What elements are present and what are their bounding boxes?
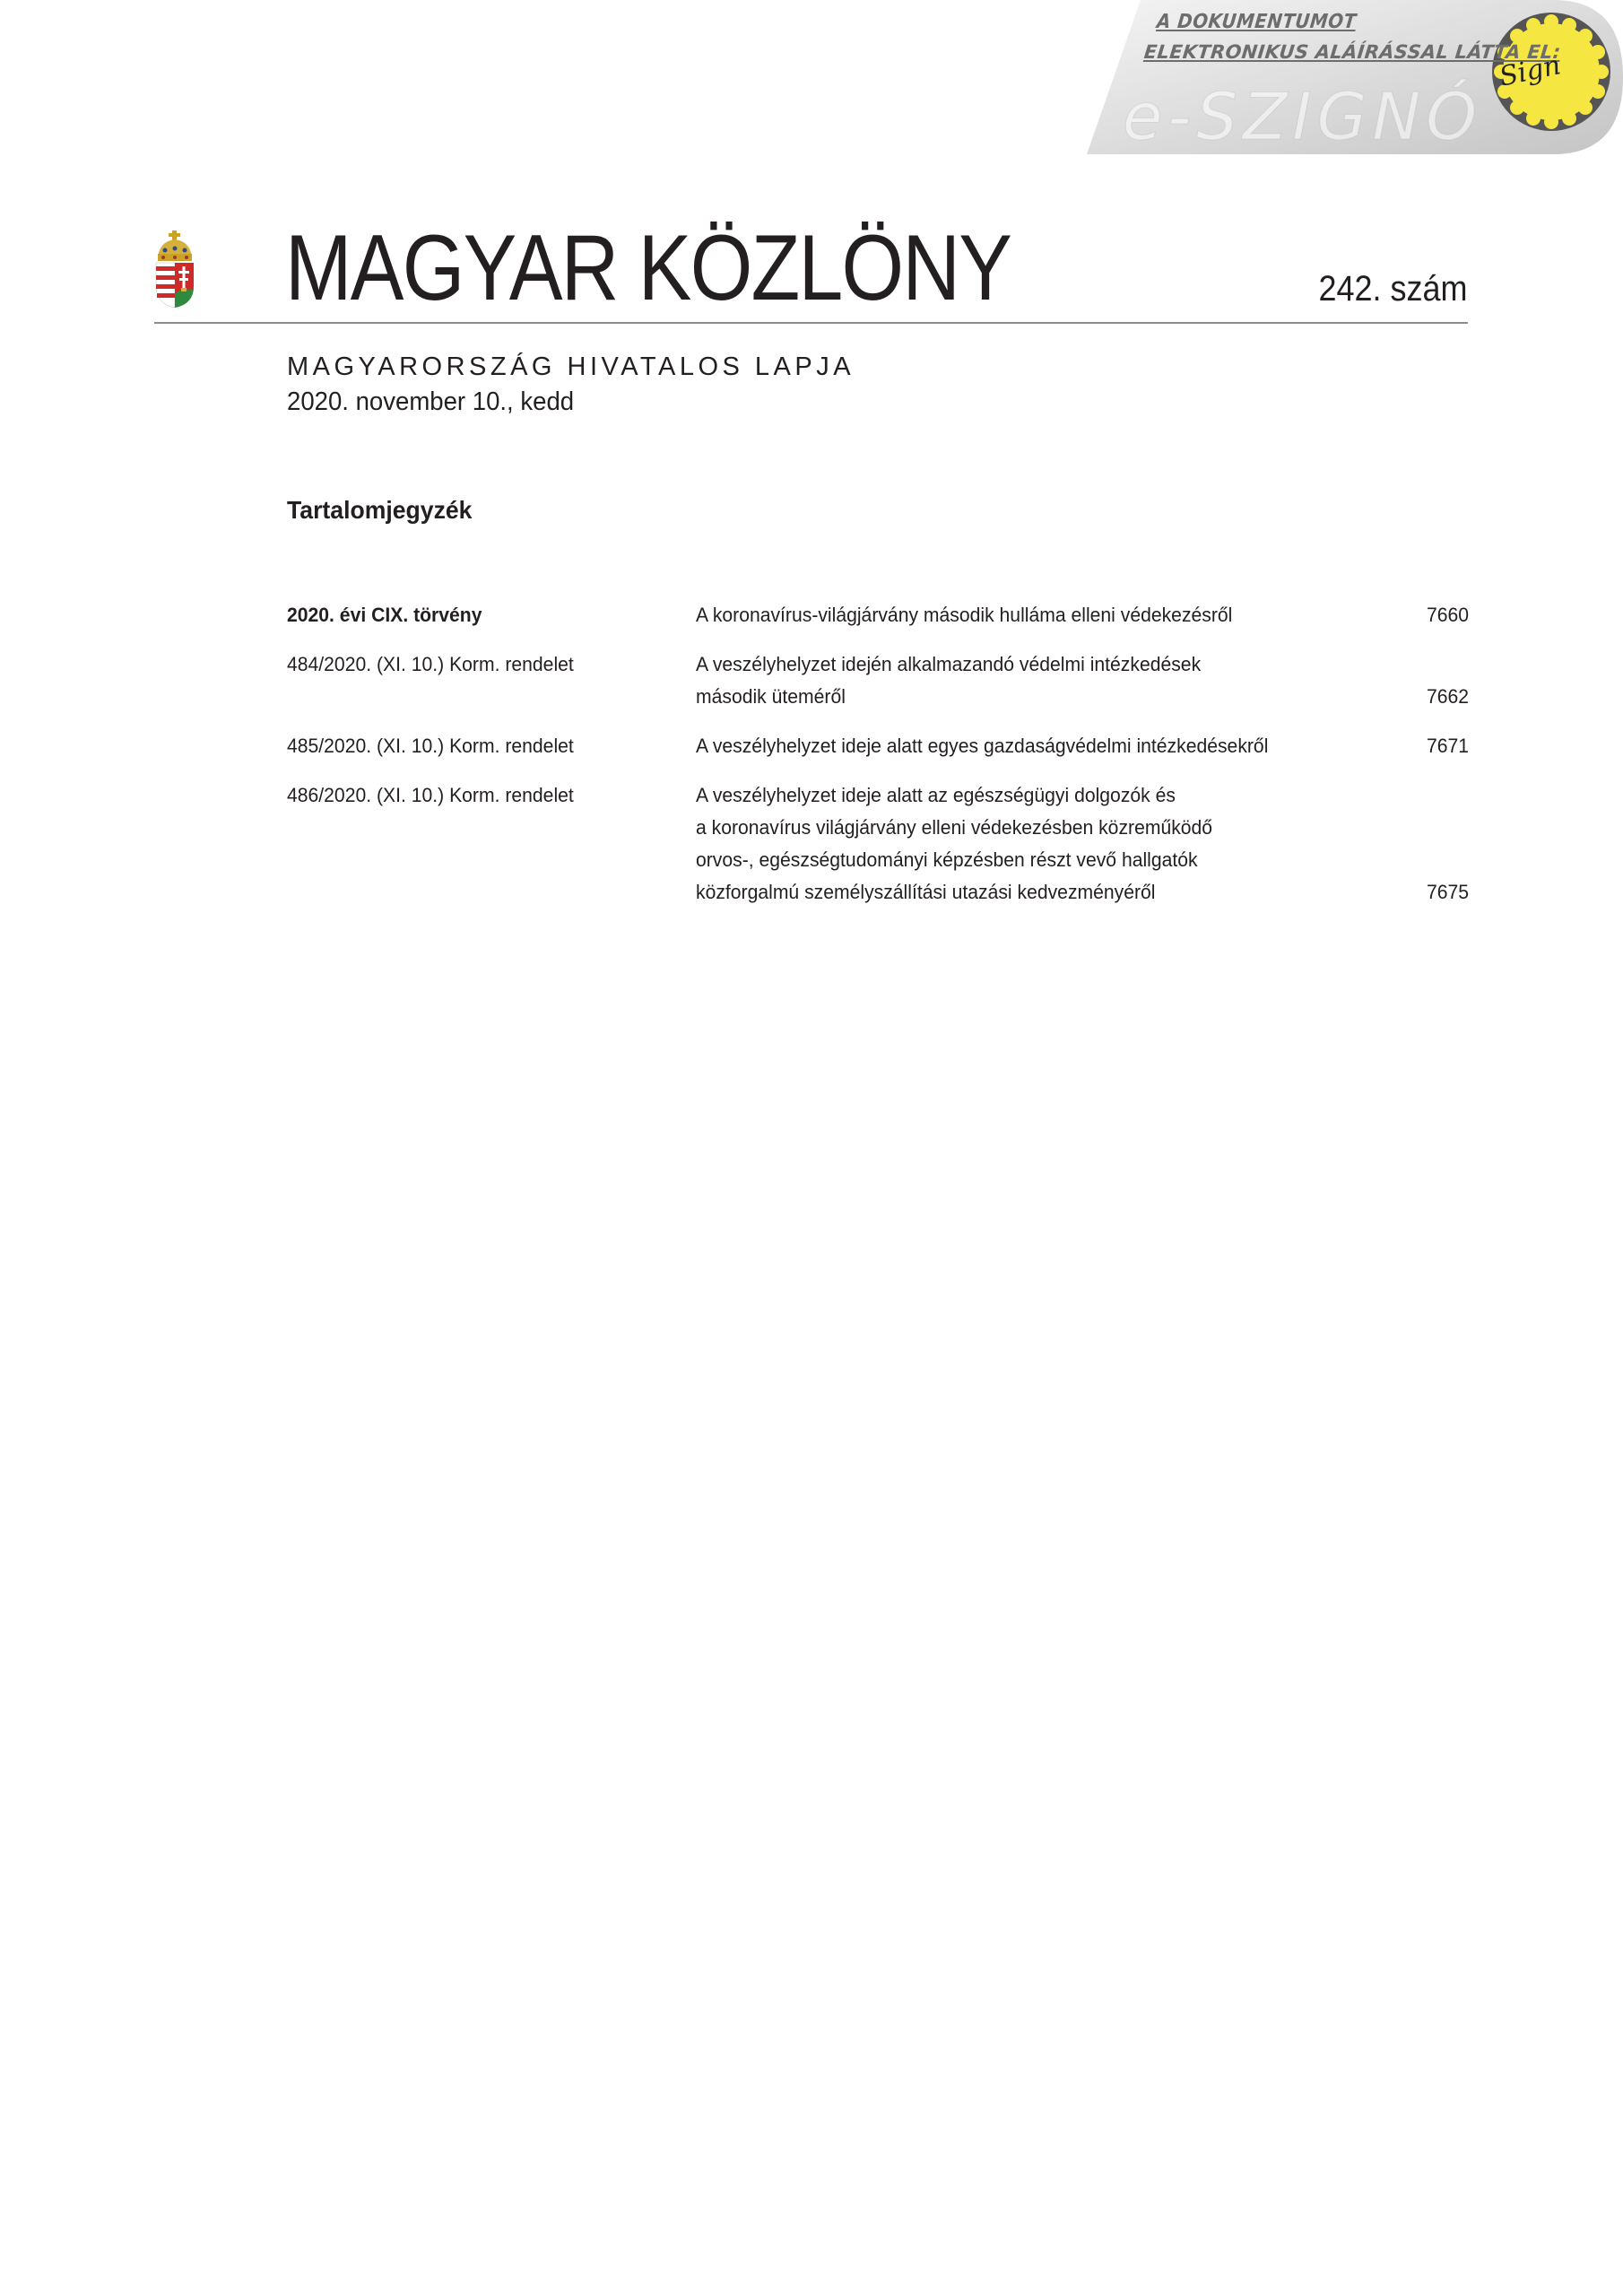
toc-entry-title: A veszélyhelyzet ideje alatt az egészség…: [696, 779, 1336, 909]
toc-entry-title: A veszélyhelyzet ideje alatt egyes gazda…: [696, 730, 1336, 762]
toc-entry-page-number: 7671: [1427, 730, 1469, 762]
issue-date: 2020. november 10., kedd: [287, 387, 574, 417]
toc-entry-title-line: A veszélyhelyzet idején alkalmazandó véd…: [696, 648, 1336, 681]
toc-entry[interactable]: 485/2020. (XI. 10.) Korm. rendeletA vesz…: [287, 730, 1469, 762]
toc-entry-title-line: A koronavírus-világjárvány második hullá…: [696, 599, 1336, 631]
toc-entry-reference: 484/2020. (XI. 10.) Korm. rendelet: [287, 648, 574, 681]
toc-entry-reference: 486/2020. (XI. 10.) Korm. rendelet: [287, 779, 574, 812]
toc-entry[interactable]: 2020. évi CIX. törvényA koronavírus-vilá…: [287, 599, 1469, 631]
table-of-contents: 2020. évi CIX. törvényA koronavírus-vilá…: [287, 599, 1469, 926]
stamp-line-2: ELEKTRONIKUS ALÁÍRÁSSAL LÁTTA EL:: [1143, 41, 1562, 63]
issue-number: 242. szám: [1319, 269, 1468, 309]
toc-entry-title-line: A veszélyhelyzet ideje alatt egyes gazda…: [696, 730, 1336, 762]
masthead-divider: [154, 322, 1468, 324]
toc-entry-title: A veszélyhelyzet idején alkalmazandó véd…: [696, 648, 1336, 713]
toc-entry-title-line: a koronavírus világjárvány elleni védeke…: [696, 812, 1336, 844]
toc-entry-title: A koronavírus-világjárvány második hullá…: [696, 599, 1336, 631]
toc-entry-title-line: második üteméről: [696, 681, 1336, 713]
toc-entry-page-number: 7660: [1427, 599, 1469, 631]
toc-entry-page-number: 7675: [1427, 876, 1469, 909]
toc-entry[interactable]: 484/2020. (XI. 10.) Korm. rendeletA vesz…: [287, 648, 1469, 713]
toc-entry-reference: 485/2020. (XI. 10.) Korm. rendelet: [287, 730, 574, 762]
stamp-watermark: e-SZIGNÓ: [1123, 79, 1482, 154]
toc-entry-title-line: orvos-, egészségtudományi képzésben rész…: [696, 844, 1336, 876]
toc-entry-reference: 2020. évi CIX. törvény: [287, 599, 482, 631]
publication-title: MAGYAR KÖZLÖNY: [285, 215, 1011, 323]
e-signature-stamp: e-SZIGNÓ A DOKUMENTUMOT ELEKTRONIKUS ALÁ…: [1087, 0, 1623, 154]
stamp-line-1: A DOKUMENTUMOT: [1156, 11, 1358, 33]
toc-entry-title-line: közforgalmú személyszállítási utazási ke…: [696, 876, 1336, 909]
publication-subtitle: MAGYARORSZÁG HIVATALOS LAPJA: [287, 352, 855, 382]
toc-entry[interactable]: 486/2020. (XI. 10.) Korm. rendeletA vesz…: [287, 779, 1469, 909]
toc-heading: Tartalomjegyzék: [287, 496, 472, 525]
toc-entry-page-number: 7662: [1427, 681, 1469, 713]
toc-entry-title-line: A veszélyhelyzet ideje alatt az egészség…: [696, 779, 1336, 812]
coat-of-arms-icon: [152, 230, 197, 309]
